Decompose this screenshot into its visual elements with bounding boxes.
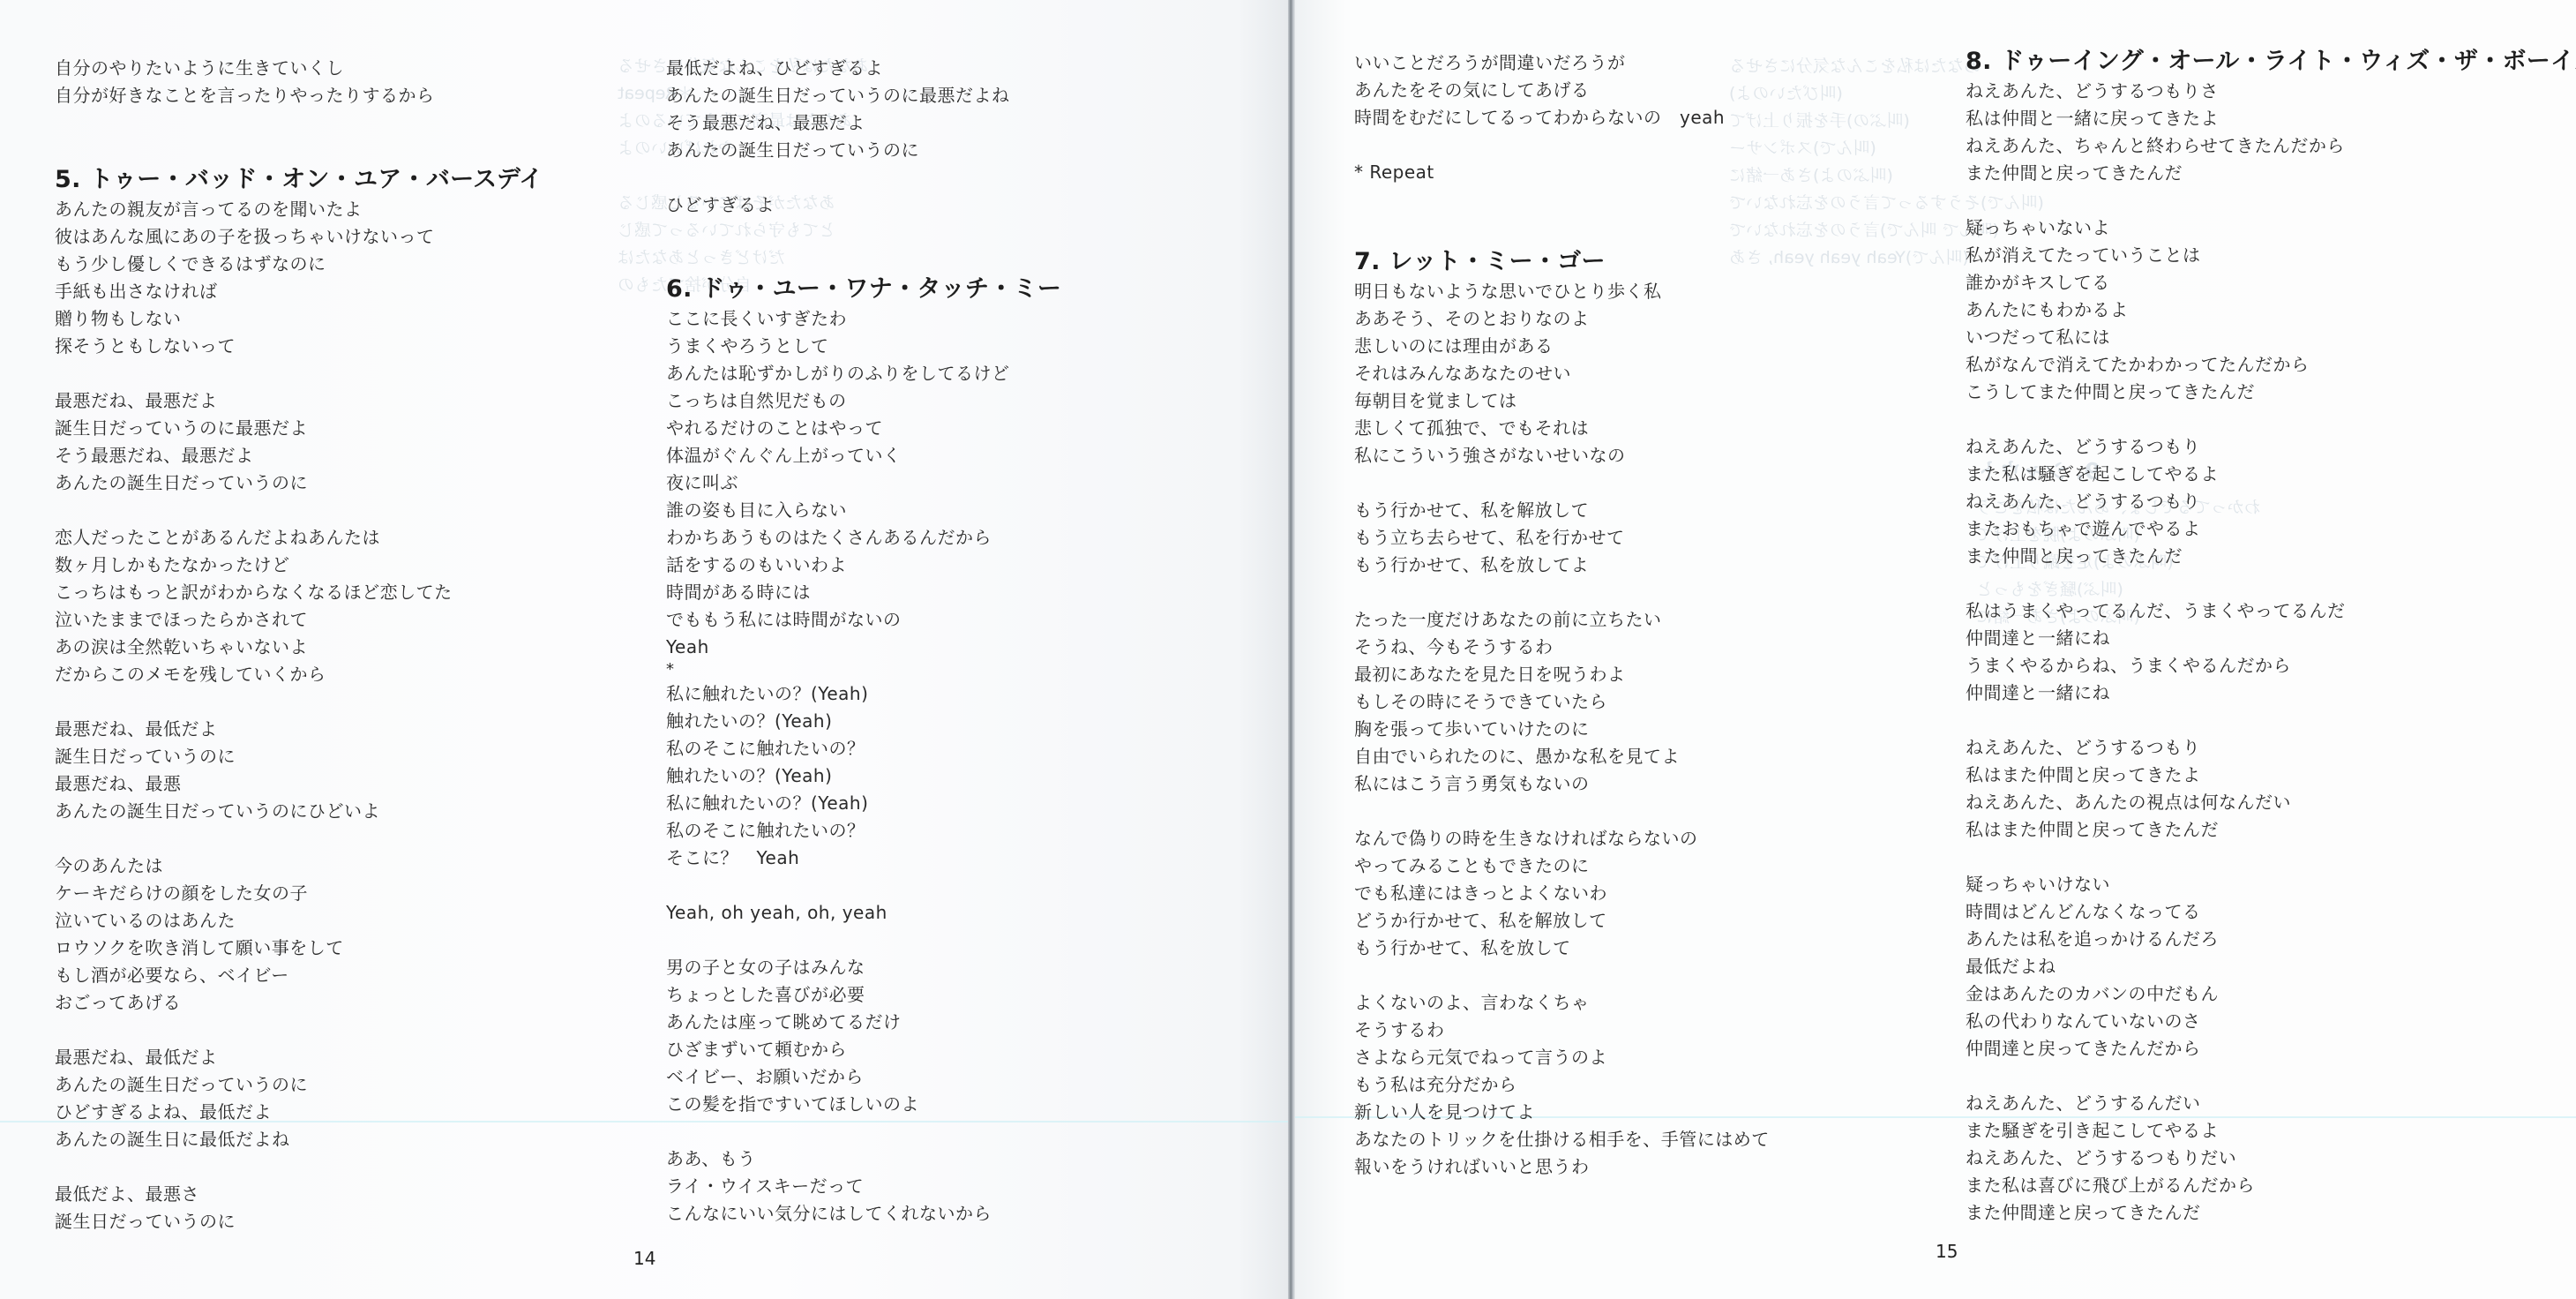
lyric-line: あんたの誕生日だっていうのにひどいよ <box>55 798 543 825</box>
lyric-line: 誕生日だっていうのに最悪だよ <box>55 415 543 442</box>
lyric-line: また仲間と戻ってきたんだ <box>1966 160 2576 187</box>
lyric-line: またおもちゃで遊んでやるよ <box>1966 515 2576 543</box>
lyric-line: こっちはもっと訳がわからなくなるほど恋してた <box>55 579 543 606</box>
lyric-line: もしその時にそうできていたら <box>1354 688 1770 716</box>
lyric-line: 最低だよね、ひどすぎるよ <box>666 55 1061 82</box>
lyric-line: 時間はどんどんなくなってる <box>1966 898 2576 926</box>
booklet-spine <box>1288 0 1295 1299</box>
lyric-line: Yeah <box>666 634 1061 661</box>
lyric-line: そう最悪だね、最悪だよ <box>55 442 543 469</box>
left-column-1: 自分のやりたいように生きていくし 自分が好きなことを言ったりやったりするから 5… <box>55 55 543 1235</box>
lyric-line: あんたをその気にしてあげる <box>1354 77 1770 104</box>
lyric-line: 今のあんたは <box>55 852 543 880</box>
lyric-line: あんたの誕生日に最低だよね <box>55 1126 543 1153</box>
lyric-line: 仲間達と一緒にね <box>1966 625 2576 652</box>
lyric-line: 私に触れたいの？(Yeah) <box>666 790 1061 817</box>
lyric-line: ねえあんた、どうするんだい <box>1966 1090 2576 1117</box>
lyric-line: もし酒が必要なら、ベイビー <box>55 962 543 989</box>
lyric-line: 最初にあなたを見た日を呪うわよ <box>1354 661 1770 688</box>
lyric-line: 私は仲間と一緒に戻ってきたよ <box>1966 105 2576 132</box>
stanza: いいことだろうが間違いだろうが あんたをその気にしてあげる 時間をむだにしてるっ… <box>1354 49 1770 131</box>
lyric-line: 私がなんで消えてたかわかってたんだから <box>1966 351 2576 379</box>
left-column-2: 最低だよね、ひどすぎるよ あんたの誕生日だっていうのに最悪だよね そう最悪だね、… <box>666 55 1061 1228</box>
stanza: 最低だよ、最悪さ 誕生日だっていうのに <box>55 1181 543 1235</box>
lyric-line: ケーキだらけの顔をした女の子 <box>55 880 543 907</box>
lyric-line: 疑っちゃいないよ <box>1966 214 2576 242</box>
lyric-line: もう私は充分だから <box>1354 1071 1770 1099</box>
page-number-left: 14 <box>633 1248 655 1269</box>
lyric-line: もう少し優しくできるはずなのに <box>55 251 543 278</box>
song-title-5: 5. トゥー・バッド・オン・ユア・バースデイ <box>55 164 543 196</box>
stanza: もう行かせて、私を解放して もう立ち去らせて、私を行かせて もう行かせて、私を放… <box>1354 497 1770 579</box>
lyric-line: 報いをうければいいと思うわ <box>1354 1153 1770 1181</box>
lyric-line: やれるだけのことはやって <box>666 415 1061 442</box>
lyric-line: 数ヶ月しかもたなかったけど <box>55 552 543 579</box>
lyric-line: 毎朝目を覚ましては <box>1354 387 1770 415</box>
lyric-line: 最低だよね <box>1966 953 2576 980</box>
lyric-line: でも私達にはきっとよくないわ <box>1354 880 1770 907</box>
lyric-line: だからこのメモを残していくから <box>55 661 543 688</box>
lyric-line: 仲間達と一緒にね <box>1966 680 2576 707</box>
lyric-line: 最悪だね、最低だよ <box>55 716 543 743</box>
stanza: なんで偽りの時を生きなければならないの やってみることもできたのに でも私達には… <box>1354 825 1770 962</box>
lyric-line: 贈り物もしない <box>55 305 543 333</box>
lyric-line: 仲間達と戻ってきたんだから <box>1966 1035 2576 1062</box>
lyric-line: 恋人だったことがあるんだよねあんたは <box>55 524 543 552</box>
stanza: 恋人だったことがあるんだよねあんたは 数ヶ月しかもたなかったけど こっちはもっと… <box>55 524 543 688</box>
song-title-7: 7. レット・ミー・ゴー <box>1354 246 1770 278</box>
stanza: 最悪だね、最低だよ あんたの誕生日だっていうのに ひどすぎるよね、最低だよ あん… <box>55 1044 543 1153</box>
stanza: 最低だよね、ひどすぎるよ あんたの誕生日だっていうのに最悪だよね そう最悪だね、… <box>666 55 1061 164</box>
lyric-line: ねえあんた、どうするつもりだい <box>1966 1145 2576 1172</box>
lyric-line: この髪を指ですいてほしいのよ <box>666 1091 1061 1118</box>
lyric-line: 私の代わりなんていないのさ <box>1966 1008 2576 1035</box>
lyric-line: こんなにいい気分にはしてくれないから <box>666 1200 1061 1228</box>
stanza: 今のあんたは ケーキだらけの顔をした女の子 泣いているのはあんた ロウソクを吹き… <box>55 852 543 1017</box>
right-column-2: 8. ドゥーイング・オール・ライト・ウィズ・ザ・ボーイズ ねえあんた、どうするつ… <box>1966 46 2576 1227</box>
lyric-line: 体温がぐんぐん上がっていく <box>666 442 1061 469</box>
lyric-line: もう行かせて、私を放してよ <box>1354 552 1770 579</box>
lyric-line: 触れたいの？(Yeah) <box>666 708 1061 735</box>
lyric-line: 私はうまくやってるんだ、うまくやってるんだ <box>1966 597 2576 625</box>
lyric-line: 悲しくて孤独で、でもそれは <box>1354 415 1770 442</box>
lyric-line: もう行かせて、私を解放して <box>1354 497 1770 524</box>
lyric-line: 疑っちゃいけない <box>1966 871 2576 898</box>
lyric-line: もう行かせて、私を放して <box>1354 935 1770 962</box>
lyric-line: あんたは私を追っかけるんだろ <box>1966 926 2576 953</box>
lyric-line: ライ・ウイスキーだって <box>666 1173 1061 1200</box>
lyric-line: 金はあんたのカバンの中だもん <box>1966 980 2576 1008</box>
lyric-line: さよなら元気でねって言うのよ <box>1354 1044 1770 1071</box>
stanza: ここに長くいすぎたわ うまくやろうとして あんたは恥ずかしがりのふりをしてるけど… <box>666 305 1061 661</box>
stanza: あんたの親友が言ってるのを聞いたよ 彼はあんな風にあの子を扱っちゃいけないって … <box>55 196 543 360</box>
lyric-line: Yeah, oh yeah, oh, yeah <box>666 899 1061 927</box>
lyric-line: 夜に叫ぶ <box>666 469 1061 497</box>
stanza: 疑っちゃいけない 時間はどんどんなくなってる あんたは私を追っかけるんだろ 最低… <box>1966 871 2576 1062</box>
stanza: よくないのよ、言わなくちゃ そうするわ さよなら元気でねって言うのよ もう私は充… <box>1354 989 1770 1181</box>
lyric-line: ねえあんた、どうするつもり <box>1966 488 2576 515</box>
lyric-line: ああ、もう <box>666 1145 1061 1173</box>
lyric-line: また仲間達と戻ってきたんだ <box>1966 1199 2576 1227</box>
lyric-line: あんたの誕生日だっていうのに <box>55 469 543 497</box>
lyric-line: 最悪だね、最低だよ <box>55 1044 543 1071</box>
lyric-line: 手紙も出さなければ <box>55 278 543 305</box>
stanza: 最悪だね、最低だよ 誕生日だっていうのに 最悪だね、最悪 あんたの誕生日だってい… <box>55 716 543 825</box>
lyric-line: そう最悪だね、最悪だよ <box>666 109 1061 137</box>
stanza: Yeah, oh yeah, oh, yeah <box>666 899 1061 927</box>
lyric-line: あんたにもわかるよ <box>1966 297 2576 324</box>
stanza: 私はうまくやってるんだ、うまくやってるんだ 仲間達と一緒にね うまくやるからね、… <box>1966 597 2576 707</box>
lyric-line: こうしてまた仲間と戻ってきたんだ <box>1966 379 2576 406</box>
lyric-line: こっちは自然児だもの <box>666 387 1061 415</box>
lyric-line: ロウソクを吹き消して願い事をして <box>55 935 543 962</box>
lyric-line: 新しい人を見つけてよ <box>1354 1099 1770 1126</box>
lyric-line: 悲しいのには理由がある <box>1354 333 1770 360</box>
stanza: 疑っちゃいないよ 私が消えてたっていうことは 誰かがキスしてる あんたにもわかる… <box>1966 214 2576 406</box>
stanza: ねえあんた、どうするんだい また騒ぎを引き起こしてやるよ ねえあんた、どうするつ… <box>1966 1090 2576 1227</box>
lyric-line: 私が消えてたっていうことは <box>1966 242 2576 269</box>
lyric-line: あんたの誕生日だっていうのに <box>55 1071 543 1099</box>
lyric-line: なんで偽りの時を生きなければならないの <box>1354 825 1770 852</box>
lyric-line: 明日もないような思いでひとり歩く私 <box>1354 278 1770 305</box>
stanza: ねえあんた、どうするつもり 私はまた仲間と戻ってきたよ ねえあんた、あんたの視点… <box>1966 734 2576 844</box>
lyric-line: ねえあんた、あんたの視点は何なんだい <box>1966 789 2576 816</box>
lyric-line: もう立ち去らせて、私を行かせて <box>1354 524 1770 552</box>
lyric-line: 泣いたままでほったらかされて <box>55 606 543 634</box>
lyric-line: 自分が好きなことを言ったりやったりするから <box>55 82 543 109</box>
lyric-line: いいことだろうが間違いだろうが <box>1354 49 1770 77</box>
lyric-line: 誕生日だっていうのに <box>55 1208 543 1235</box>
lyric-line: あなたのトリックを仕掛ける相手を、手管にはめて <box>1354 1126 1770 1153</box>
lyric-line: 自分のやりたいように生きていくし <box>55 55 543 82</box>
lyric-line: また私は喜びに飛び上がるんだから <box>1966 1172 2576 1199</box>
lyric-line: ひざまずいて頼むから <box>666 1036 1061 1063</box>
lyric-line: 最悪だね、最悪 <box>55 770 543 798</box>
lyric-line: ねえあんた、どうするつもり <box>1966 734 2576 762</box>
stanza: ひどすぎるよ <box>666 191 1061 219</box>
lyric-line: でももう私には時間がないの <box>666 606 1061 634</box>
lyric-line: 触れたいの？(Yeah) <box>666 762 1061 790</box>
lyric-line: ベイビー、お願いだから <box>666 1063 1061 1091</box>
lyric-line: また仲間と戻ってきたんだ <box>1966 543 2576 570</box>
repeat-note: * Repeat <box>1354 159 1770 186</box>
lyric-line: 私はまた仲間と戻ってきたよ <box>1966 762 2576 789</box>
lyric-line: うまくやろうとして <box>666 333 1061 360</box>
lyric-line: どうか行かせて、私を解放して <box>1354 907 1770 935</box>
lyric-line: 最低だよ、最悪さ <box>55 1181 543 1208</box>
lyric-line: 最悪だね、最悪だよ <box>55 387 543 415</box>
page-number-right: 15 <box>1936 1241 1958 1262</box>
lyric-line: ひどすぎるよね、最低だよ <box>55 1099 543 1126</box>
lyric-line: 誕生日だっていうのに <box>55 743 543 770</box>
lyric-line: あんたの誕生日だっていうのに最悪だよね <box>666 82 1061 109</box>
lyric-line: ねえあんた、どうするつもりさ <box>1966 78 2576 105</box>
lyric-line: ねえあんた、ちゃんと終わらせてきたんだから <box>1966 132 2576 160</box>
lyric-line: ちょっとした喜びが必要 <box>666 981 1061 1009</box>
lyric-line: あんたは座って眺めてるだけ <box>666 1009 1061 1036</box>
lyric-line: あんたの親友が言ってるのを聞いたよ <box>55 196 543 223</box>
lyric-line: たった一度だけあなたの前に立ちたい <box>1354 606 1770 634</box>
lyric-line: おごってあげる <box>55 989 543 1017</box>
chorus-stanza: 私に触れたいの？(Yeah) 触れたいの？(Yeah) 私のそこに触れたいの？ … <box>666 680 1061 872</box>
lyric-line: 胸を張って歩いていけたのに <box>1354 716 1770 743</box>
lyric-line: 話をするのもいいわよ <box>666 552 1061 579</box>
lyric-line: ここに長くいすぎたわ <box>666 305 1061 333</box>
song-title-6: 6. ドゥ・ユー・ワナ・タッチ・ミー <box>666 274 1061 305</box>
lyric-line: そこに？ Yeah <box>666 845 1061 872</box>
lyric-line: わかちあうものはたくさんあるんだから <box>666 524 1061 552</box>
lyric-line: 私はまた仲間と戻ってきたんだ <box>1966 816 2576 844</box>
lyric-line: また騒ぎを引き起こしてやるよ <box>1966 1117 2576 1145</box>
lyric-line: 私にはこう言う勇気もないの <box>1354 770 1770 798</box>
lyric-line: 自由でいられたのに、愚かな私を見てよ <box>1354 743 1770 770</box>
lyric-line: ああそう、そのとおりなのよ <box>1354 305 1770 333</box>
lyric-line: うまくやるからね、うまくやるんだから <box>1966 652 2576 680</box>
lyric-line: 彼はあんな風にあの子を扱っちゃいけないって <box>55 223 543 251</box>
lyric-line: 時間がある時には <box>666 579 1061 606</box>
lyric-line: また私は騒ぎを起こしてやるよ <box>1966 461 2576 488</box>
stanza: ねえあんた、どうするつもりさ 私は仲間と一緒に戻ってきたよ ねえあんた、ちゃんと… <box>1966 78 2576 187</box>
lyric-line: ひどすぎるよ <box>666 191 1061 219</box>
stanza: たった一度だけあなたの前に立ちたい そうね、今もそうするわ 最初にあなたを見た日… <box>1354 606 1770 798</box>
stanza: 明日もないような思いでひとり歩く私 ああそう、そのとおりなのよ 悲しいのには理由… <box>1354 278 1770 469</box>
lyric-line: 誰かがキスしてる <box>1966 269 2576 297</box>
lyric-line: ねえあんた、どうするつもり <box>1966 433 2576 461</box>
lyric-line: そうね、今もそうするわ <box>1354 634 1770 661</box>
stanza: ああ、もう ライ・ウイスキーだって こんなにいい気分にはしてくれないから <box>666 1145 1061 1228</box>
right-column-1: いいことだろうが間違いだろうが あんたをその気にしてあげる 時間をむだにしてるっ… <box>1354 49 1770 1181</box>
lyric-line: それはみんなあなたのせい <box>1354 360 1770 387</box>
stanza: ねえあんた、どうするつもり また私は騒ぎを起こしてやるよ ねえあんた、どうするつ… <box>1966 433 2576 570</box>
lyric-line: 私にこういう強さがないせいなの <box>1354 442 1770 469</box>
lyric-line: やってみることもできたのに <box>1354 852 1770 880</box>
stanza: 男の子と女の子はみんな ちょっとした喜びが必要 あんたは座って眺めてるだけ ひざ… <box>666 954 1061 1118</box>
lyric-line: 男の子と女の子はみんな <box>666 954 1061 981</box>
lyric-line: 泣いているのはあんた <box>55 907 543 935</box>
lyric-line: 私に触れたいの？(Yeah) <box>666 680 1061 708</box>
lyric-line: よくないのよ、言わなくちゃ <box>1354 989 1770 1017</box>
lyric-line: あの涙は全然乾いちゃいないよ <box>55 634 543 661</box>
lyric-line: 私のそこに触れたいの？ <box>666 817 1061 845</box>
lyric-line: あんたの誕生日だっていうのに <box>666 137 1061 164</box>
lyric-line: 誰の姿も目に入らない <box>666 497 1061 524</box>
lyric-line: 時間をむだにしてるってわからないの yeah <box>1354 104 1770 131</box>
lyric-line: 探そうともしないって <box>55 333 543 360</box>
lyric-line: 私のそこに触れたいの？ <box>666 735 1061 762</box>
lyric-line: そうするわ <box>1354 1017 1770 1044</box>
chorus-marker: * <box>666 661 1061 680</box>
song-title-8: 8. ドゥーイング・オール・ライト・ウィズ・ザ・ボーイズ <box>1966 46 2576 78</box>
lyric-line: あんたは恥ずかしがりのふりをしてるけど <box>666 360 1061 387</box>
intro-stanza: 自分のやりたいように生きていくし 自分が好きなことを言ったりやったりするから <box>55 55 543 109</box>
lyric-line: いつだって私には <box>1966 324 2576 351</box>
stanza: 最悪だね、最悪だよ 誕生日だっていうのに最悪だよ そう最悪だね、最悪だよ あんた… <box>55 387 543 497</box>
